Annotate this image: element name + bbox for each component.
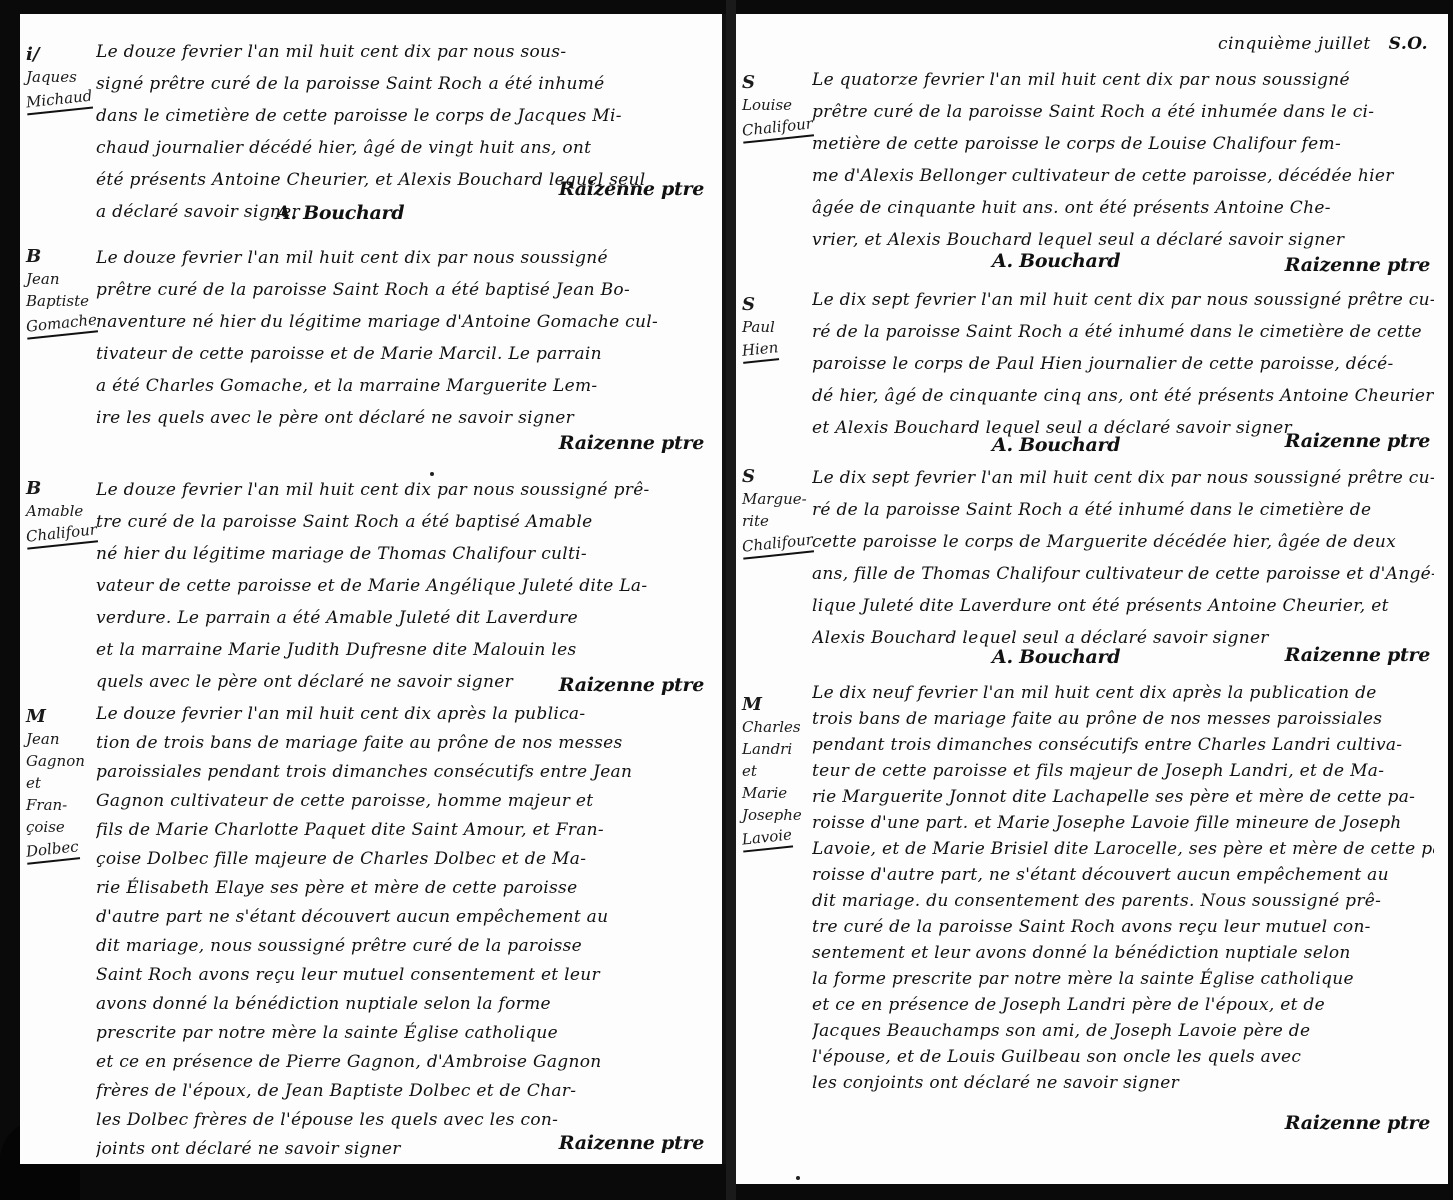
priest-signature: Raizenne ptre xyxy=(559,674,704,696)
signatures: A. Bouchard Raizenne ptre xyxy=(812,646,1434,680)
witness-signature: A. Bouchard xyxy=(276,202,404,224)
header-date: cinquième juillet xyxy=(1218,34,1371,54)
priest-signature: Raizenne ptre xyxy=(559,432,704,454)
margin-note: i/ Jaques Michaud xyxy=(26,44,90,112)
margin-note: M Charles Landri et Marie Josephe Lavoie xyxy=(742,694,806,850)
margin-note: S Paul Hien xyxy=(742,294,806,362)
entry-text: Le dix sept fevrier l'an mil huit cent d… xyxy=(812,284,1434,444)
folio-number: S.O. xyxy=(1389,34,1428,54)
page-header: cinquième juillet S.O. xyxy=(1218,34,1428,54)
priest-signature: Raizenne ptre xyxy=(559,1132,704,1154)
priest-signature: Raizenne ptre xyxy=(1285,430,1430,452)
right-page: cinquième juillet S.O. S Louise Chalifou… xyxy=(736,14,1448,1184)
signatures: Raizenne ptre xyxy=(96,1132,708,1166)
witness-signature: A. Bouchard xyxy=(992,646,1120,668)
signatures: A. Bouchard Raizenne ptre xyxy=(96,192,708,226)
margin-note: B Jean Baptiste Gomache xyxy=(26,246,90,336)
priest-signature: Raizenne ptre xyxy=(1285,1112,1430,1134)
left-page: i/ Jaques Michaud Le douze fevrier l'an … xyxy=(20,14,726,1164)
register-spread: i/ Jaques Michaud Le douze fevrier l'an … xyxy=(0,0,1453,1200)
priest-signature: Raizenne ptre xyxy=(1285,644,1430,666)
entry-text: Le quatorze fevrier l'an mil huit cent d… xyxy=(812,64,1434,256)
entry-text: Le douze fevrier l'an mil huit cent dix … xyxy=(96,700,708,1164)
signatures: Raizenne ptre xyxy=(96,432,708,466)
margin-note: B Amable Chalifour xyxy=(26,478,90,546)
margin-note: M Jean Gagnon et Fran- çoise Dolbec xyxy=(26,706,90,862)
priest-signature: Raizenne ptre xyxy=(559,178,704,200)
page-gutter xyxy=(726,0,736,1200)
margin-note: S Margue- rite Chalifour xyxy=(742,466,806,556)
priest-signature: Raizenne ptre xyxy=(1285,254,1430,276)
entry-text: Le douze fevrier l'an mil huit cent dix … xyxy=(96,474,708,698)
entry-text: Le dix sept fevrier l'an mil huit cent d… xyxy=(812,462,1434,654)
witness-signature: A. Bouchard xyxy=(992,250,1120,272)
signatures: A. Bouchard Raizenne ptre xyxy=(812,250,1434,284)
margin-note: S Louise Chalifour xyxy=(742,72,806,140)
entry-text: Le dix neuf fevrier l'an mil huit cent d… xyxy=(812,680,1434,1096)
entry-text: Le douze fevrier l'an mil huit cent dix … xyxy=(96,242,708,434)
signatures: Raizenne ptre xyxy=(812,1112,1434,1146)
witness-signature: A. Bouchard xyxy=(992,434,1120,456)
